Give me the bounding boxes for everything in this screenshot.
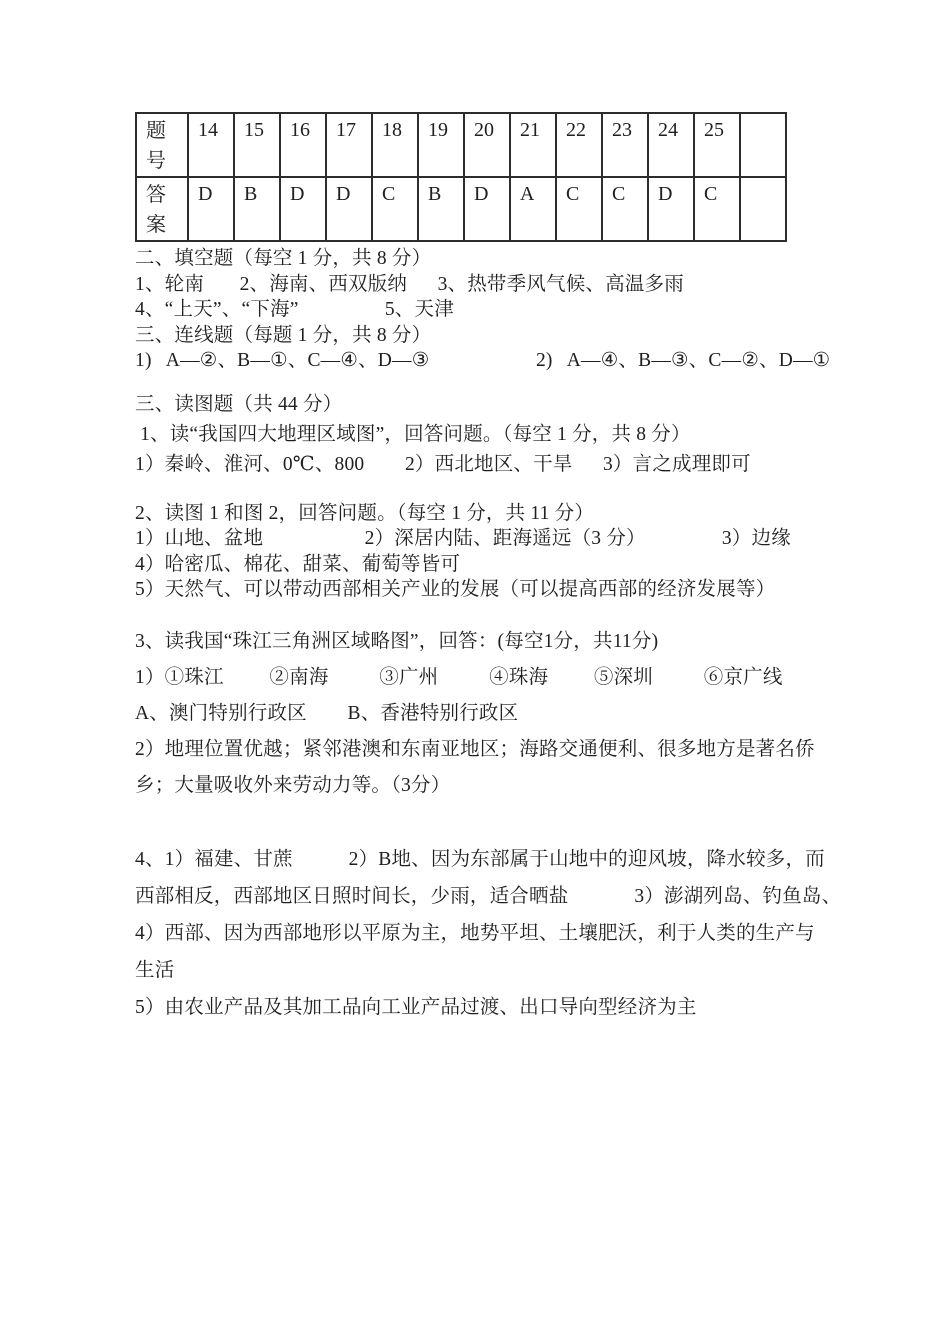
- answer-cell: C: [372, 177, 418, 241]
- map-reading-q2-answer2: 4）哈密瓜、棉花、甜菜、葡萄等皆可: [135, 552, 825, 578]
- answer-cell: C: [694, 177, 740, 241]
- answer-cell: B: [418, 177, 464, 241]
- answer-row: 答案 D B D D C B D A C C D C: [136, 177, 786, 241]
- fill-blank-heading: 二、填空题（每空 1 分，共 8 分）: [135, 246, 825, 272]
- matching-answers-line: 1) A—②、B—①、C—④、D—③ 2) A—④、B—③、C—②、D—①: [135, 348, 825, 374]
- answer-cell: A: [510, 177, 556, 241]
- map-reading-q2-answer1: 1）山地、盆地 2）深居内陆、距海遥远（3 分） 3）边缘: [135, 526, 825, 552]
- map-reading-q3-answer1: 1）①珠江 ②南海 ③广州 ④珠海 ⑤深圳 ⑥京广线: [135, 660, 825, 696]
- map-reading-q3-answer3-line2: 乡；大量吸收外来劳动力等。（3分）: [135, 768, 825, 804]
- question-number-cell: 23: [602, 113, 648, 177]
- question-number-cell: 22: [556, 113, 602, 177]
- map-reading-q3-block: 3、读我国“珠江三角洲区域略图”，回答：(每空1分，共11分) 1）①珠江 ②南…: [135, 624, 825, 804]
- answer-cell: B: [234, 177, 280, 241]
- question-number-cell: 16: [280, 113, 326, 177]
- question-number-cell: 25: [694, 113, 740, 177]
- exam-answer-sheet-page: 题号 14 15 16 17 18 19 20 21 22 23 24 25 答…: [0, 0, 942, 1331]
- map-reading-q1-answers: 1）秦岭、淮河、0℃、800 2）西北地区、干旱 3）言之成理即可: [135, 450, 825, 480]
- matching-heading: 三、连线题（每题 1 分，共 8 分）: [135, 323, 825, 349]
- map-reading-q3-answer2: A、澳门特别行政区 B、香港特别行政区: [135, 696, 825, 732]
- answer-row-label-cell: 答案: [136, 177, 188, 241]
- question-number-cell: 24: [648, 113, 694, 177]
- map-reading-q3-intro: 3、读我国“珠江三角洲区域略图”，回答：(每空1分，共11分): [135, 624, 825, 660]
- map-reading-q3-answer3-line1: 2）地理位置优越；紧邻港澳和东南亚地区；海路交通便利、很多地方是著名侨: [135, 732, 825, 768]
- question-number-cell: 19: [418, 113, 464, 177]
- question-row-label: 题号: [146, 116, 168, 176]
- fill-blank-and-matching-block: 二、填空题（每空 1 分，共 8 分） 1、轮南 2、海南、西双版纳 3、热带季…: [135, 246, 825, 374]
- map-reading-q4-line2: 西部相反，西部地区日照时间长，少雨，适合晒盐 3）澎湖列岛、钓鱼岛、: [135, 878, 825, 915]
- answer-cell-empty: [740, 177, 786, 241]
- map-reading-q1-intro: 1、读“我国四大地理区域图”，回答问题。（每空 1 分，共 8 分）: [135, 420, 825, 450]
- map-reading-q4-block: 4、1）福建、甘蔗 2）B地、因为东部属于山地中的迎风坡，降水较多，而 西部相反…: [135, 841, 825, 1026]
- map-reading-q4-line1: 4、1）福建、甘蔗 2）B地、因为东部属于山地中的迎风坡，降水较多，而: [135, 841, 825, 878]
- question-number-cell: 18: [372, 113, 418, 177]
- answer-table: 题号 14 15 16 17 18 19 20 21 22 23 24 25 答…: [135, 112, 787, 242]
- fill-blank-answers-line2: 4、“上天”、“下海” 5、天津: [135, 297, 825, 323]
- answer-cell: D: [326, 177, 372, 241]
- question-number-row: 题号 14 15 16 17 18 19 20 21 22 23 24 25: [136, 113, 786, 177]
- question-number-cell: 20: [464, 113, 510, 177]
- fill-blank-answers-line1: 1、轮南 2、海南、西双版纳 3、热带季风气候、高温多雨: [135, 272, 825, 298]
- answer-cell: C: [556, 177, 602, 241]
- answer-cell: D: [648, 177, 694, 241]
- map-reading-q4-line5: 5）由农业产品及其加工品向工业产品过渡、出口导向型经济为主: [135, 989, 825, 1026]
- map-reading-q1-block: 三、读图题（共 44 分） 1、读“我国四大地理区域图”，回答问题。（每空 1 …: [135, 390, 825, 480]
- question-row-label-cell: 题号: [136, 113, 188, 177]
- answer-cell: D: [464, 177, 510, 241]
- map-reading-q2-intro: 2、读图 1 和图 2，回答问题。（每空 1 分，共 11 分）: [135, 501, 825, 527]
- map-reading-q2-block: 2、读图 1 和图 2，回答问题。（每空 1 分，共 11 分） 1）山地、盆地…: [135, 501, 825, 603]
- map-reading-q2-answer3: 5）天然气、可以带动西部相关产业的发展（可以提高西部的经济发展等）: [135, 577, 825, 603]
- map-reading-heading: 三、读图题（共 44 分）: [135, 390, 825, 420]
- answer-row-label: 答案: [146, 180, 168, 240]
- map-reading-q4-line3: 4）西部、因为西部地形以平原为主，地势平坦、土壤肥沃，利于人类的生产与: [135, 915, 825, 952]
- question-number-cell: 17: [326, 113, 372, 177]
- map-reading-q4-line4: 生活: [135, 952, 825, 989]
- answer-cell: D: [188, 177, 234, 241]
- answer-cell: C: [602, 177, 648, 241]
- question-number-cell: 14: [188, 113, 234, 177]
- question-number-cell: 21: [510, 113, 556, 177]
- page-content: 题号 14 15 16 17 18 19 20 21 22 23 24 25 答…: [135, 112, 825, 1026]
- question-number-cell-empty: [740, 113, 786, 177]
- answer-cell: D: [280, 177, 326, 241]
- question-number-cell: 15: [234, 113, 280, 177]
